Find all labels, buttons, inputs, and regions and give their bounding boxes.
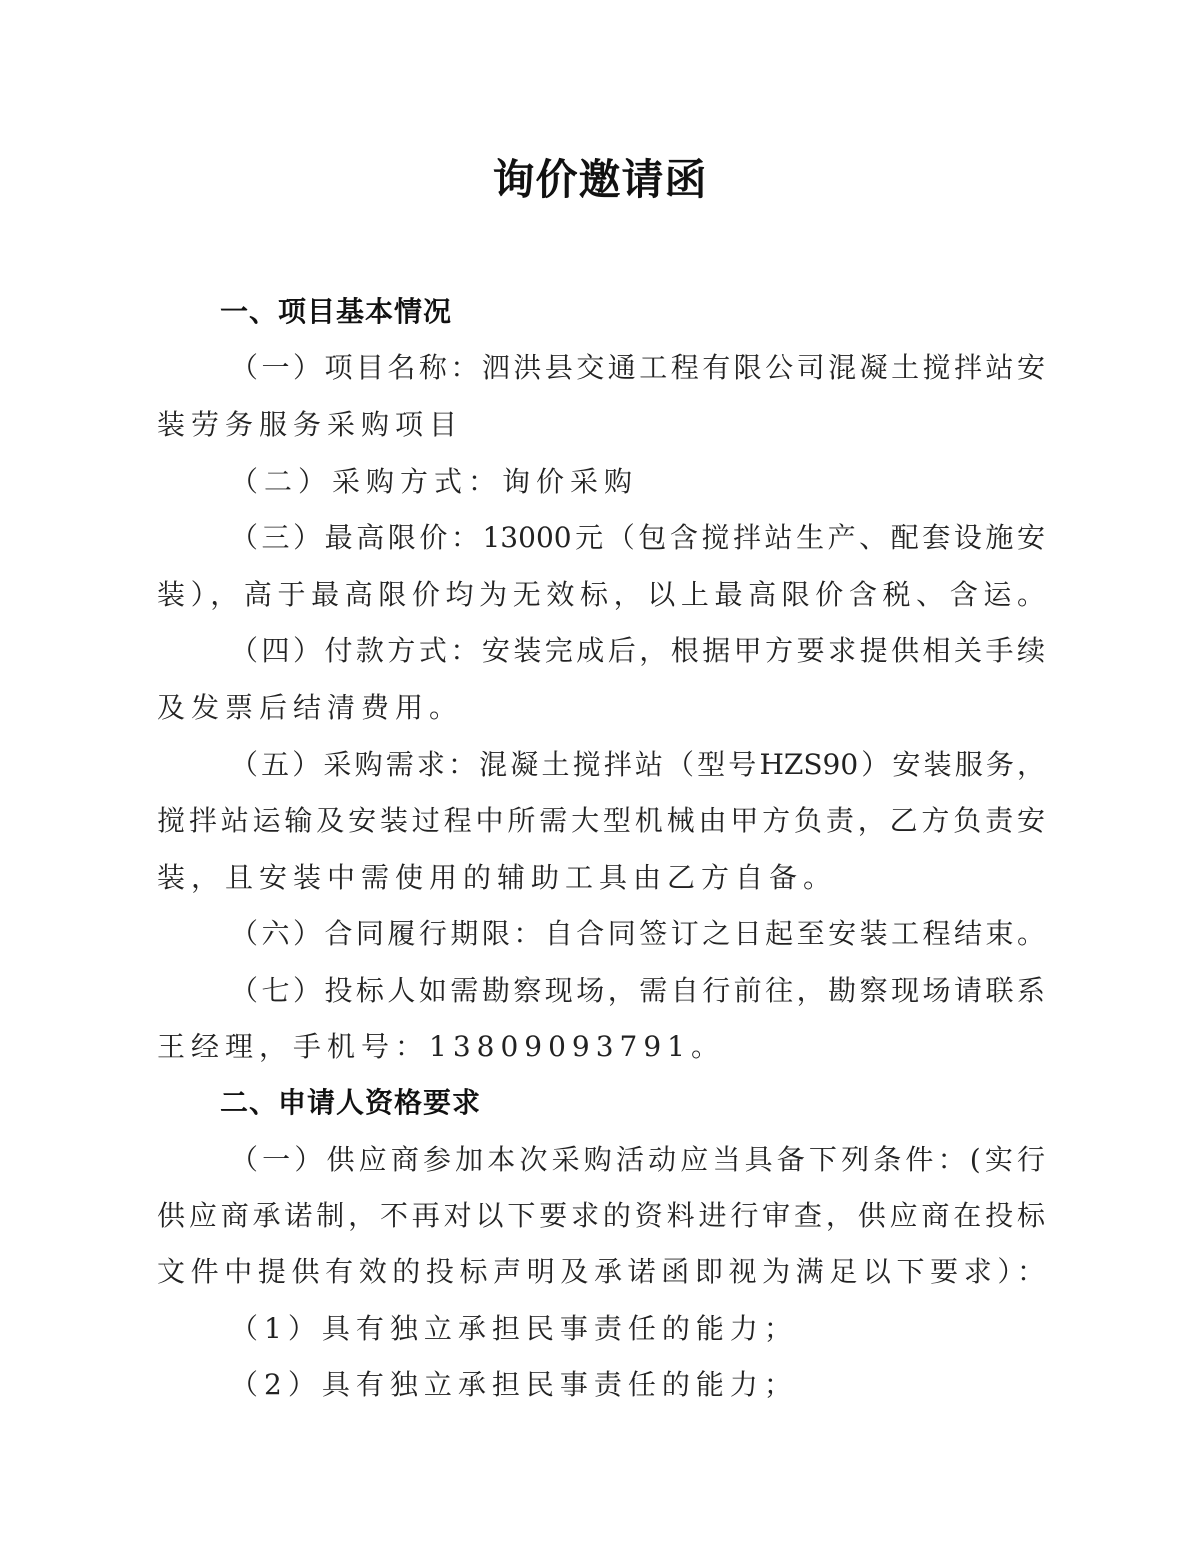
project-name-line-2: 装劳务服务采购项目 xyxy=(157,397,463,453)
contract-period-line: （六）合同履行期限：自合同签订之日起至安装工程结束。 xyxy=(230,906,1045,962)
supplier-conditions-line-3: 文件中提供有效的投标声明及承诺函即视为满足以下要求）： xyxy=(157,1244,1045,1300)
procurement-requirement-line-3: 装，且安装中需使用的辅助工具由乙方自备。 xyxy=(157,850,837,906)
procurement-method-line: （二）采购方式：询价采购 xyxy=(230,454,638,510)
section-heading-applicant-qualifications: 二、申请人资格要求 xyxy=(220,1075,481,1131)
procurement-requirement-line-1: （五）采购需求：混凝土搅拌站（型号HZS90）安装服务， xyxy=(230,737,1045,793)
qualification-item-2: （2）具有独立承担民事责任的能力； xyxy=(230,1357,798,1413)
supplier-conditions-line-1: （一）供应商参加本次采购活动应当具备下列条件：(实行 xyxy=(230,1132,1045,1188)
supplier-conditions-line-2: 供应商承诺制，不再对以下要求的资料进行审查，供应商在投标 xyxy=(157,1188,1045,1244)
max-price-line-1: （三）最高限价：13000元（包含搅拌站生产、配套设施安 xyxy=(230,510,1045,566)
section-heading-project-overview: 一、项目基本情况 xyxy=(220,284,452,340)
site-survey-line-1: （七）投标人如需勘察现场，需自行前往，勘察现场请联系 xyxy=(230,963,1045,1019)
payment-method-line-2: 及发票后结清费用。 xyxy=(157,680,463,736)
site-survey-contact-line: 王经理，手机号：13809093791。 xyxy=(157,1019,725,1075)
payment-method-line-1: （四）付款方式：安装完成后，根据甲方要求提供相关手续 xyxy=(230,623,1045,679)
max-price-line-2: 装），高于最高限价均为无效标，以上最高限价含税、含运。 xyxy=(157,567,1045,623)
document-title: 询价邀请函 xyxy=(0,148,1200,212)
procurement-requirement-line-2: 搅拌站运输及安装过程中所需大型机械由甲方负责，乙方负责安 xyxy=(157,793,1045,849)
project-name-line-1: （一）项目名称：泗洪县交通工程有限公司混凝土搅拌站安 xyxy=(230,340,1045,396)
qualification-item-1: （1）具有独立承担民事责任的能力； xyxy=(230,1301,798,1357)
